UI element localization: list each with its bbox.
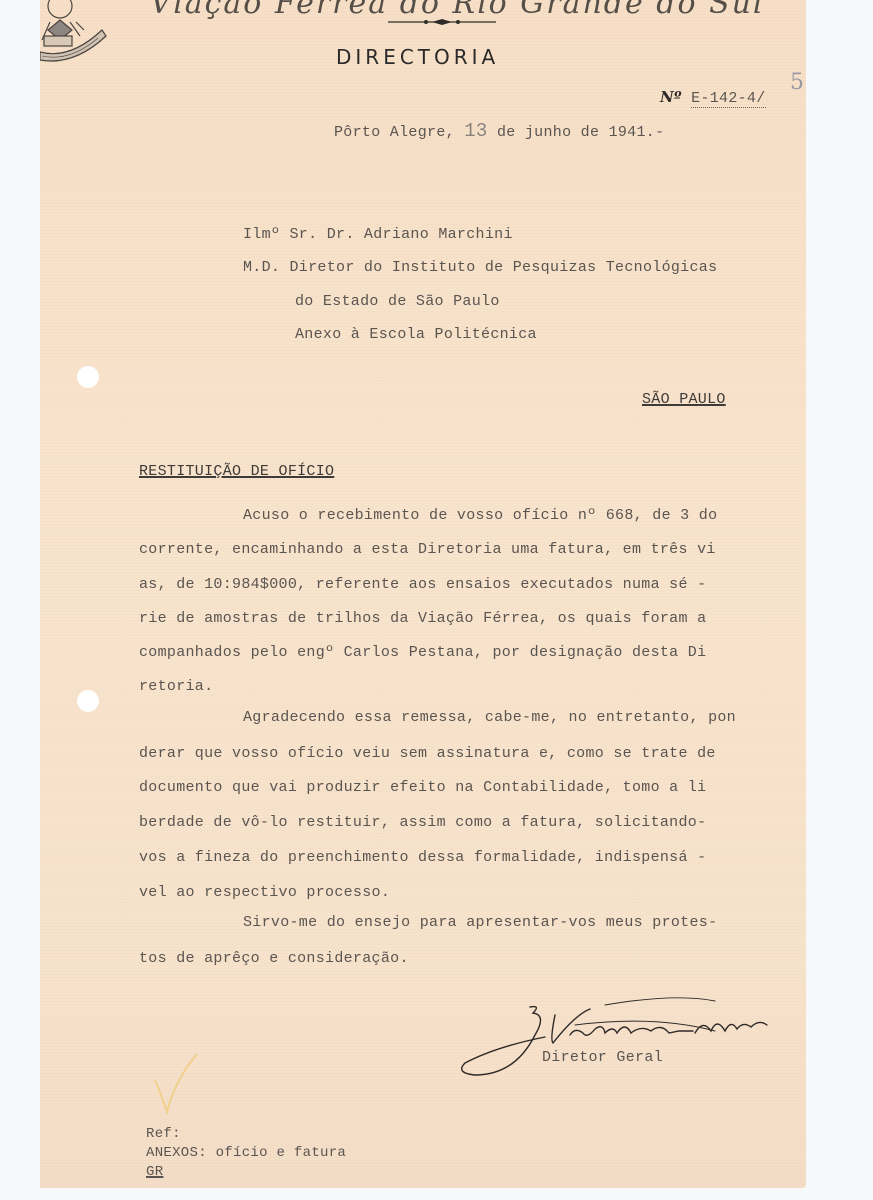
- reference-number: Nº E-142-4/: [660, 88, 766, 107]
- reference-number-value: E-142-4/: [691, 90, 765, 108]
- numero-symbol: Nº: [660, 88, 682, 106]
- addressee-city: SÃO PAULO: [642, 391, 726, 408]
- ornament-divider-icon: [388, 17, 496, 27]
- subject-heading: RESTITUIÇÃO DE OFÍCIO: [139, 463, 334, 480]
- body-p3-line-2: tos de aprêço e consideração.: [139, 950, 409, 967]
- addressee-line-1: Ilmº Sr. Dr. Adriano Marchini: [243, 226, 513, 243]
- body-p2-line-4: berdade de vô-lo restituir, assim como a…: [139, 814, 706, 831]
- coat-of-arms-emblem-icon: [40, 0, 112, 66]
- body-p3-line-1: Sirvo-me do ensejo para apresentar-vos m…: [243, 914, 717, 931]
- body-p1-line-6: retoria.: [139, 678, 213, 695]
- body-p2-line-2: derar que vosso ofício veiu sem assinatu…: [139, 745, 716, 762]
- department-heading: DIRECTORIA: [336, 45, 499, 69]
- footer-anexos: ANEXOS: ofício e fatura: [146, 1145, 346, 1161]
- date-rest: de junho de 1941.-: [497, 124, 664, 141]
- addressee-line-4: Anexo à Escola Politécnica: [295, 326, 537, 343]
- pencil-check-mark-icon: [145, 1050, 205, 1120]
- footer-ref: Ref:: [146, 1126, 181, 1142]
- date-city: Pôrto Alegre,: [334, 124, 455, 141]
- body-p1-line-4: rie de amostras de trilhos da Viação Fér…: [139, 610, 706, 627]
- body-p1-line-2: corrente, encaminhando a esta Diretoria …: [139, 541, 716, 558]
- addressee-line-2: M.D. Diretor do Instituto de Pesquizas T…: [243, 259, 717, 276]
- signatory-title: Diretor Geral: [542, 1049, 663, 1066]
- punch-hole-top: [77, 366, 99, 388]
- body-p2-line-6: vel ao respectivo processo.: [139, 884, 390, 901]
- handwritten-signature-icon: [455, 995, 805, 1080]
- pencil-annotation: 5: [790, 70, 804, 95]
- body-p2-line-3: documento que vai produzir efeito na Con…: [139, 779, 706, 796]
- footer-initials: GR: [146, 1164, 163, 1180]
- body-p2-line-5: vos a fineza do preenchimento dessa form…: [139, 849, 706, 866]
- body-p2-line-1: Agradecendo essa remessa, cabe-me, no en…: [243, 709, 736, 726]
- body-p1-line-1: Acuso o recebimento de vosso ofício nº 6…: [243, 507, 717, 524]
- body-p1-line-3: as, de 10:984$000, referente aos ensaios…: [139, 576, 706, 593]
- body-p1-line-5: companhados pelo engº Carlos Pestana, po…: [139, 644, 706, 661]
- addressee-line-3: do Estado de São Paulo: [295, 293, 500, 310]
- punch-hole-bottom: [77, 690, 99, 712]
- date-day: 13: [464, 120, 487, 142]
- date-line: Pôrto Alegre, 13 de junho de 1941.-: [334, 120, 664, 142]
